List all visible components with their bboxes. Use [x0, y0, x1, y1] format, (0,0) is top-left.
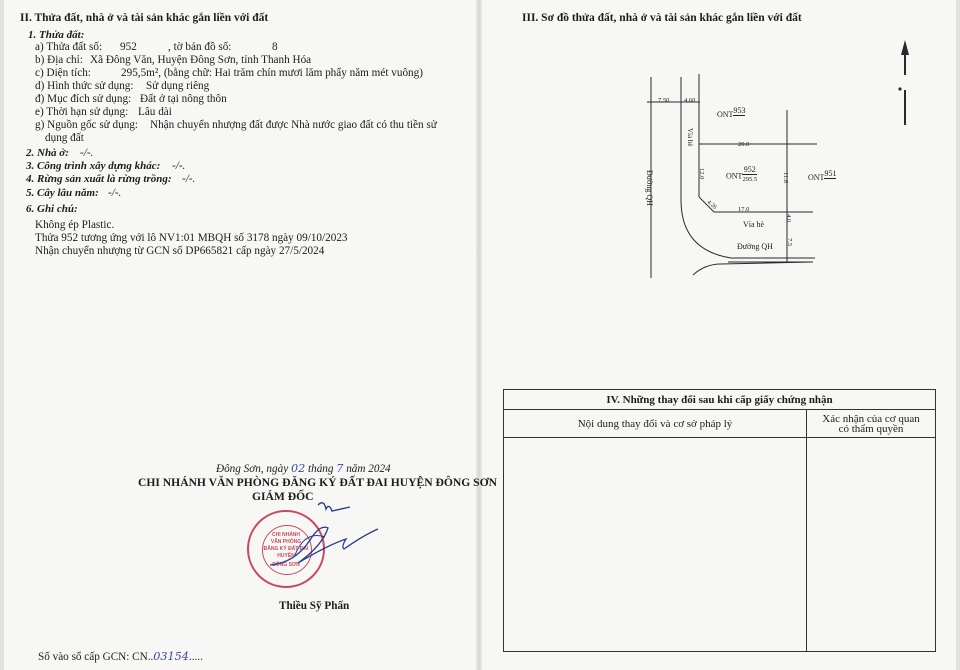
- land-plot-diagram: [0, 0, 960, 300]
- changes-col-content: Nội dung thay đổi và cơ sở pháp lý: [504, 410, 807, 438]
- year-label: năm 2024: [346, 463, 390, 475]
- changes-confirmation-cell: [807, 438, 936, 652]
- day-value: 02: [291, 462, 305, 475]
- changes-content-cell: [504, 438, 807, 652]
- signature: [240, 495, 380, 585]
- sidewalk-left-label: Vỉa hè: [683, 128, 696, 146]
- dim-top-edge: 20.0: [738, 138, 749, 151]
- registry-label: Số vào sổ cấp GCN: CN..: [38, 651, 153, 663]
- issuing-office: CHI NHÁNH VĂN PHÒNG ĐĂNG KÝ ĐẤT ĐAI HUYỆ…: [138, 476, 497, 489]
- north-arrow-icon: [901, 40, 909, 55]
- changes-table: IV. Những thay đổi sau khi cấp giấy chứn…: [503, 389, 936, 652]
- signer-name: Thiều Sỹ Phấn: [279, 600, 349, 613]
- changes-col-confirmation: Xác nhận của cơ quan có thẩm quyền: [807, 410, 936, 438]
- road-left-label: Đường QH: [643, 170, 656, 206]
- dim-left-edge: 12.0: [695, 168, 708, 179]
- dim-road-width: 7.50: [658, 94, 669, 107]
- dim-sidewalk-width: 4.60: [684, 94, 695, 107]
- place-date: Đông Sơn, ngày 02 tháng 7 năm 2024: [216, 462, 391, 476]
- dim-road-bottom: 7.5: [783, 238, 796, 246]
- sidewalk-bottom-label: Vỉa hè: [743, 218, 764, 231]
- registry-number: Số vào sổ cấp GCN: CN..03154.....: [38, 650, 203, 664]
- dim-right-edge: 11.8: [779, 172, 792, 183]
- changes-table-title: IV. Những thay đổi sau khi cấp giấy chứn…: [504, 390, 936, 410]
- parcel-east-label: ONT951: [808, 171, 836, 184]
- month-value: 7: [336, 462, 343, 475]
- dim-bottom-edge: 17.0: [738, 203, 749, 216]
- parcel-main-label: ONT952295.5: [726, 167, 757, 186]
- place-date-prefix: Đông Sơn, ngày: [216, 463, 288, 475]
- registry-value: 03154: [153, 650, 189, 663]
- dim-sidewalk-bottom: 4.0: [782, 214, 795, 222]
- parcel-north-label: ONT953: [717, 108, 745, 121]
- road-bottom-label: Đường QH: [737, 240, 773, 253]
- month-label: tháng: [308, 463, 333, 475]
